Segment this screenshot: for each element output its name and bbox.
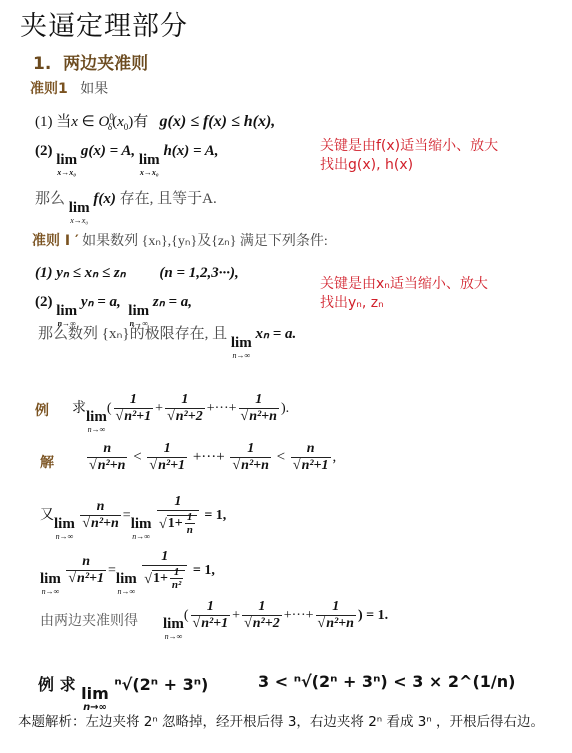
rule1-label: 准则1	[30, 81, 68, 97]
limit-line-1: 又limn→∞ n√n²+n=limn→∞ 1√1+1n = 1,	[40, 495, 226, 541]
solution-inequality: n√n²+n < 1√n²+1 +···+ 1√n²+n < n√n²+1,	[85, 442, 336, 473]
conclusion-text: 由两边夹准则得	[40, 610, 138, 630]
solution-label: 解	[40, 452, 54, 472]
page-title: 夹逼定理部分	[20, 4, 188, 43]
example2-inequality: 3 < ⁿ√(2ⁿ + 3ⁿ) < 3 × 2^(1/n)	[258, 672, 515, 691]
limit-operator: limn→∞	[231, 336, 252, 360]
rule1-conclusion: 那么 limx→x₀ f(x) 存在, 且等于A.	[35, 187, 217, 225]
limit-line-2: limn→∞ n√n²+1=limn→∞ 1√1+1n² = 1,	[40, 550, 215, 596]
section-number: 1.	[33, 54, 51, 74]
rule1-intro: 如果	[80, 81, 108, 97]
rule1p-intro: 如果数列 {xₙ},{yₙ}及{zₙ} 满足下列条件:	[82, 234, 328, 249]
rule1-note: 关键是由f(x)适当缩小、放大 找出g(x), h(x)	[320, 137, 498, 175]
example1-problem: 求limn→∞(1√n²+1+1√n²+2+···+1√n²+n).	[72, 393, 289, 434]
explanation-text: 本题解析：左边夹将 2ⁿ 忽略掉，经开根后得 3，右边夹将 2ⁿ 看成 3ⁿ ，…	[18, 713, 563, 732]
section-label: 两边夹准则	[63, 54, 148, 74]
limit-operator: limx→x₀	[69, 201, 90, 225]
limit-operator: limx→x₀	[56, 153, 77, 177]
section-heading: 1. 两边夹准则	[33, 49, 148, 74]
rule1p-note: 关键是由xₙ适当缩小、放大 找出yₙ, zₙ	[320, 275, 488, 313]
rule1p-label: 准则 I ′	[32, 233, 79, 249]
rule1-heading: 准则1 如果	[30, 78, 108, 98]
rule1-inequality: g(x) ≤ f(x) ≤ h(x),	[160, 113, 276, 130]
rule1-condition-1: (1) 当x ∈ O0δ(x0)有 g(x) ≤ f(x) ≤ h(x),	[35, 110, 275, 132]
limit-operator: limx→x₀	[139, 153, 160, 177]
example2-problem: 例 求 limn→∞ ⁿ√(2ⁿ + 3ⁿ)	[38, 672, 208, 713]
rule1p-conclusion: 那么数列 {xₙ}的极限存在, 且 limn→∞ xₙ = a.	[38, 322, 296, 360]
rule1p-heading: 准则 I ′ 如果数列 {xₙ},{yₙ}及{zₙ} 满足下列条件:	[32, 230, 328, 250]
conclusion-expression: limn→∞(1√n²+1+1√n²+2+···+1√n²+n) = 1.	[163, 600, 388, 641]
rule1-condition-2: (2) limx→x₀ g(x) = A, limx→x₀ h(x) = A,	[35, 143, 219, 177]
rule1p-condition-1: (1) yₙ ≤ xₙ ≤ zₙ (n = 1,2,3···),	[35, 263, 239, 282]
example1-label: 例	[35, 400, 49, 420]
